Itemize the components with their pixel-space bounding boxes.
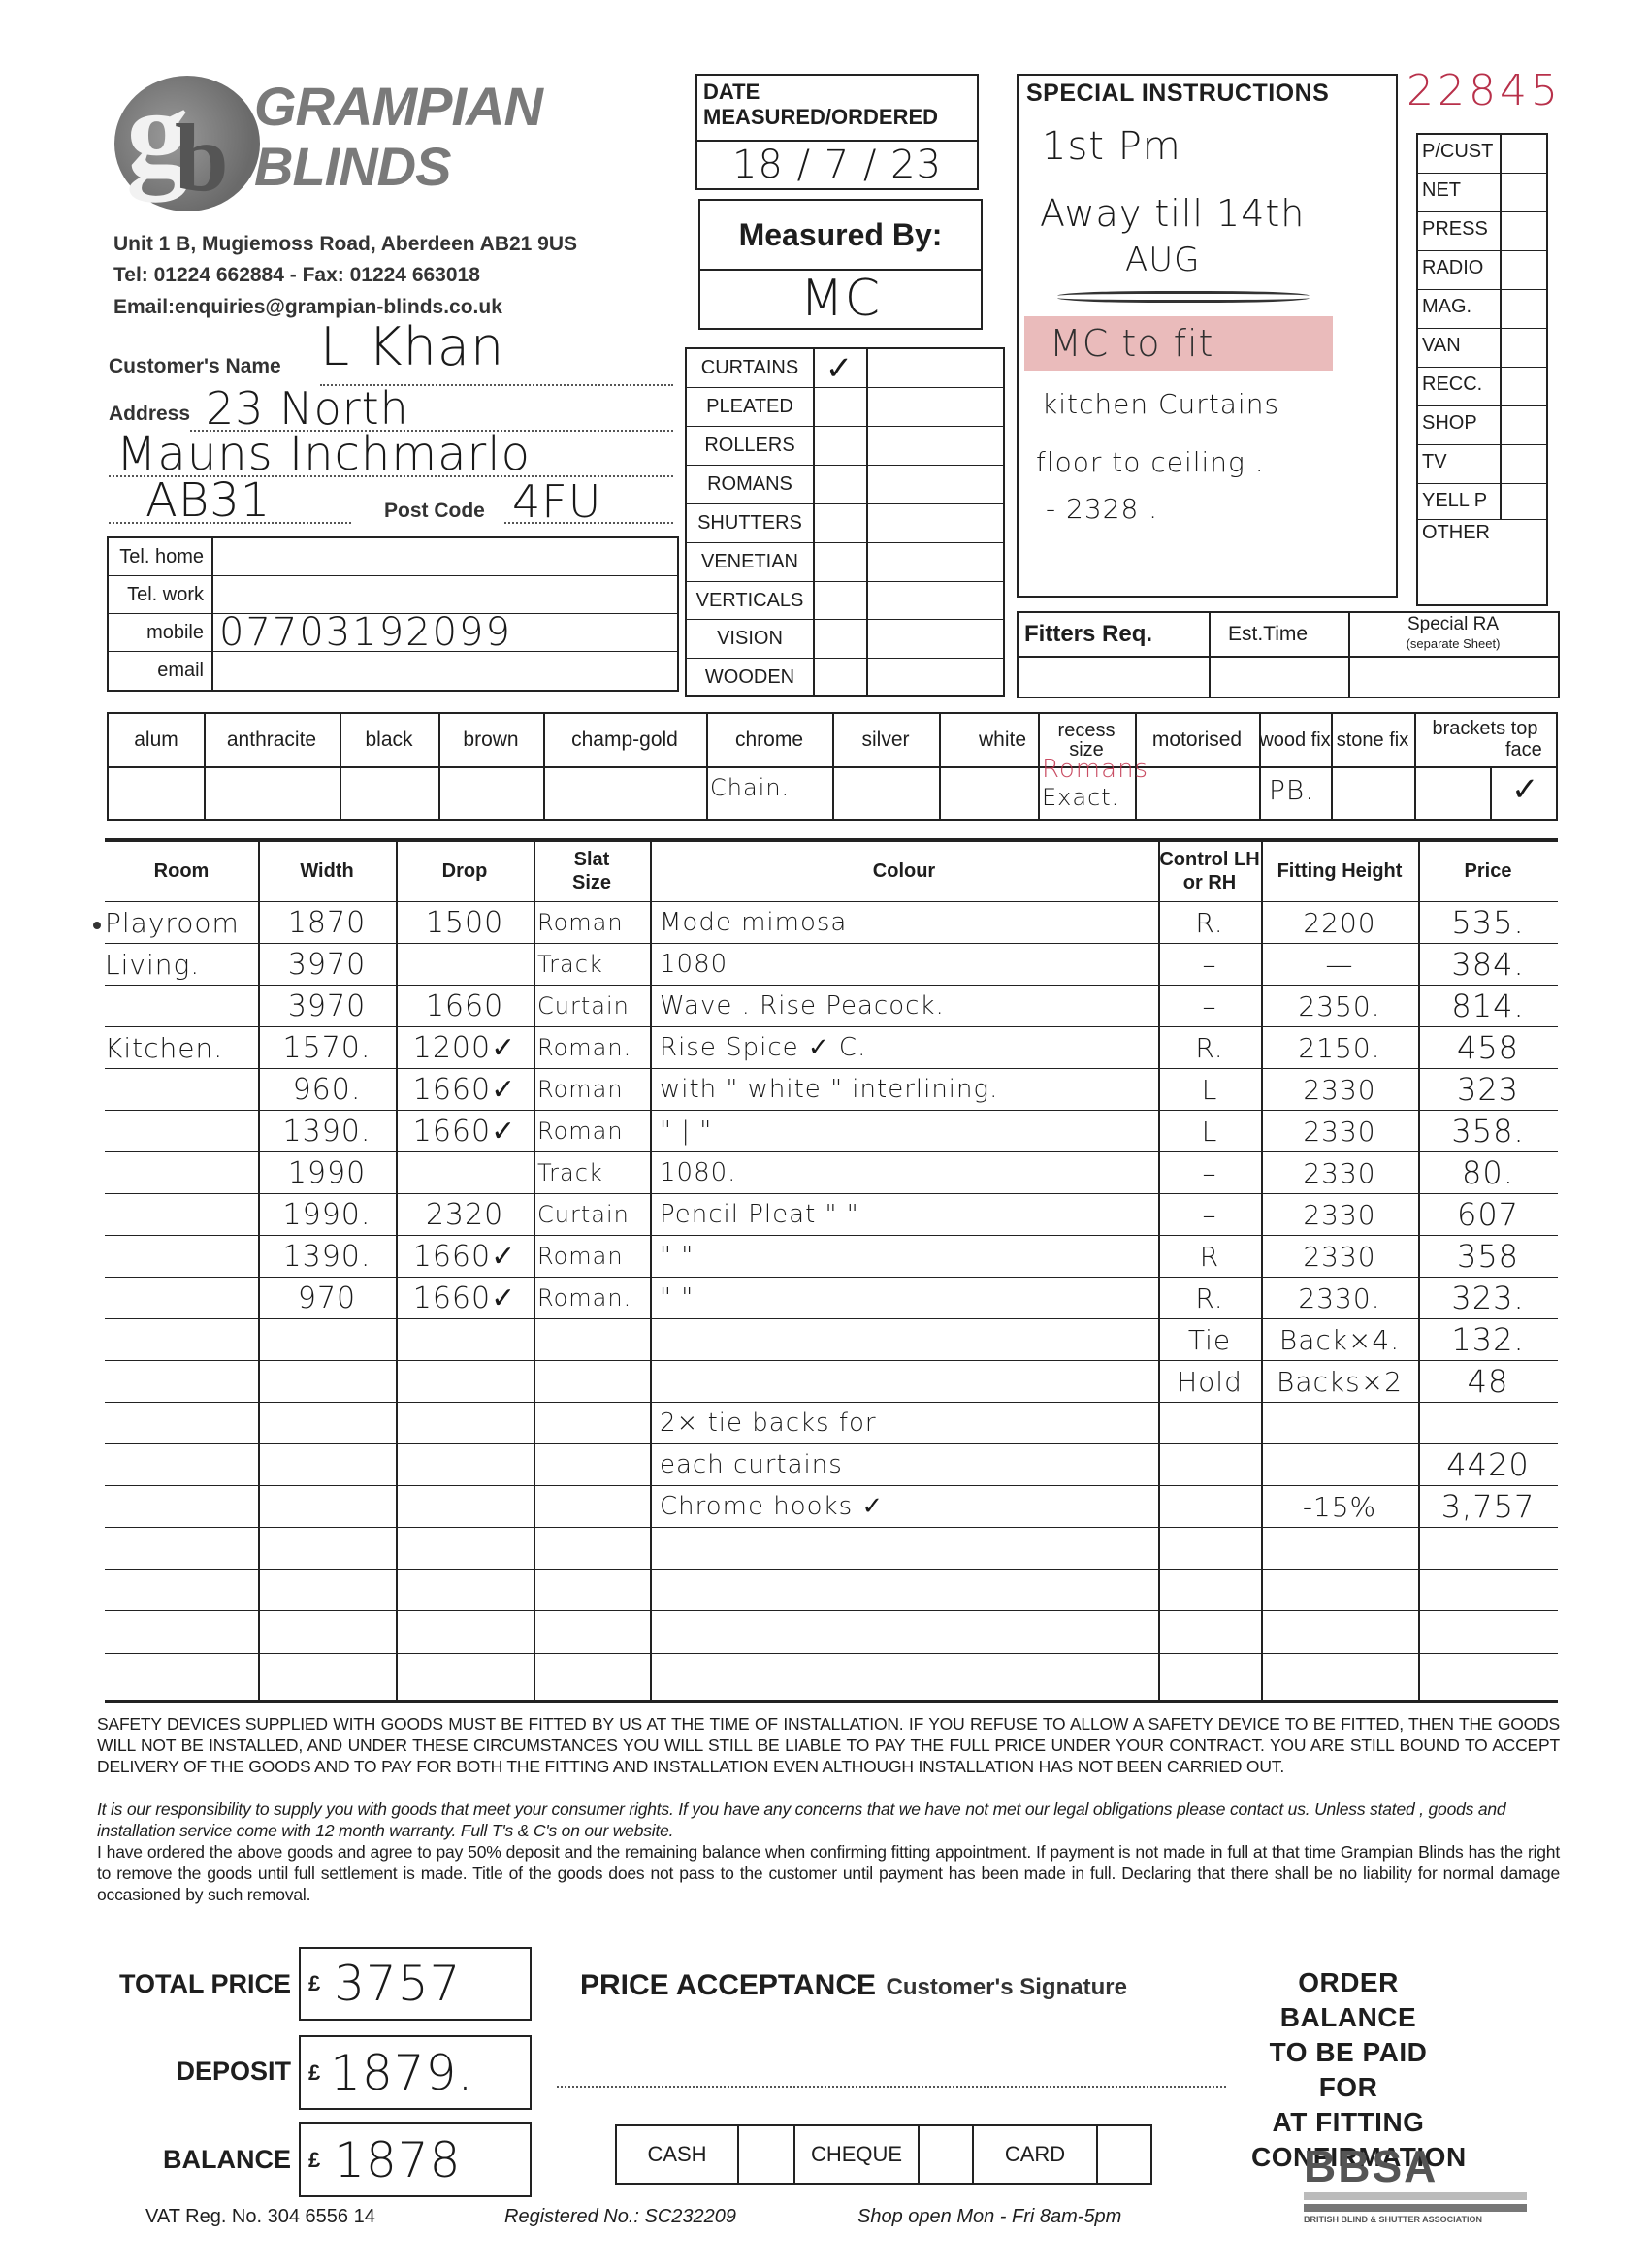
customer-name-label: Customer's Name: [109, 355, 281, 378]
address-label: Address: [109, 403, 190, 426]
deposit-value[interactable]: 1879.: [330, 2045, 473, 2101]
logo-letter-b: b: [175, 102, 229, 213]
contact-table: Tel. home Tel. work mobile 07703192099 e…: [107, 536, 679, 692]
company-name-line2: BLINDS: [254, 140, 450, 194]
type-wooden[interactable]: WOODEN: [687, 666, 813, 689]
cell-drop[interactable]: [396, 944, 533, 985]
cell-colour[interactable]: [650, 1361, 1158, 1402]
cell-width[interactable]: [258, 1486, 396, 1527]
cell-fitting[interactable]: [1261, 1528, 1418, 1569]
cell-fitting[interactable]: 2200: [1261, 902, 1418, 943]
vat-number: VAT Reg. No. 304 6556 14: [145, 2206, 375, 2228]
cell-fitting[interactable]: 2350.: [1261, 986, 1418, 1026]
check-icon[interactable]: ✓: [813, 349, 866, 388]
cell-colour[interactable]: Pencil Pleat " ": [650, 1194, 1158, 1235]
tel-home-label: Tel. home: [109, 546, 211, 568]
cell-price[interactable]: 4420: [1418, 1444, 1558, 1485]
cell-fitting[interactable]: 2330: [1261, 1194, 1418, 1235]
cell-room[interactable]: [105, 1069, 258, 1110]
cell-control[interactable]: R.: [1158, 902, 1261, 943]
table-bottom-rule: [105, 1700, 1558, 1703]
table-row[interactable]: 1990 Track 1080. – 2330 80.: [105, 1152, 1558, 1194]
bracket-face-check-icon[interactable]: ✓: [1511, 770, 1540, 809]
chrome-value[interactable]: Chain.: [710, 774, 790, 801]
cell-colour[interactable]: [650, 1319, 1158, 1360]
col-control: Control LH or RH: [1158, 840, 1261, 901]
cell-price[interactable]: 607: [1418, 1194, 1558, 1235]
cell-fitting[interactable]: [1261, 1611, 1418, 1653]
instruction-line-7: - 2328 .: [1046, 493, 1158, 525]
table-row[interactable]: 1390. 1660✓ Roman " " R 2330 358: [105, 1236, 1558, 1278]
company-phone-fax: Tel: 01224 662884 - Fax: 01224 663018: [113, 264, 480, 287]
cell-price[interactable]: 323: [1418, 1069, 1558, 1110]
cell-drop[interactable]: 1660✓: [396, 1236, 533, 1277]
cell-room[interactable]: [105, 1319, 258, 1360]
order-balance-line-2: TO BE PAID FOR: [1251, 2035, 1445, 2105]
cell-price[interactable]: 535.: [1418, 902, 1558, 943]
cell-fitting[interactable]: 2330: [1261, 1236, 1418, 1277]
legal-rights: It is our responsibility to supply you w…: [97, 1798, 1560, 1841]
table-row[interactable]: Tie Back×4. 132.: [105, 1319, 1558, 1361]
cell-fitting[interactable]: 2330.: [1261, 1278, 1418, 1318]
shop-hours: Shop open Mon - Fri 8am-5pm: [857, 2206, 1121, 2228]
mobile-value[interactable]: 07703192099: [211, 610, 512, 655]
type-verticals[interactable]: VERTICALS: [687, 590, 813, 612]
special-instructions-label: SPECIAL INSTRUCTIONS: [1018, 76, 1396, 112]
source-pcust[interactable]: P/CUST: [1418, 135, 1546, 174]
address-line3-value[interactable]: AB31: [145, 473, 271, 528]
cell-control[interactable]: L: [1158, 1111, 1261, 1151]
cell-room[interactable]: [105, 1486, 258, 1527]
opt-silver: silver: [832, 714, 939, 766]
cell-fitting[interactable]: —: [1261, 944, 1418, 985]
cell-colour[interactable]: 1080.: [650, 1152, 1158, 1193]
date-label-line1: DATE: [703, 80, 971, 105]
opt-champ-gold: champ-gold: [543, 714, 706, 766]
cell-slat[interactable]: [533, 1361, 650, 1402]
cell-colour[interactable]: with " white " interlining.: [650, 1069, 1158, 1110]
order-balance-line-3: AT FITTING: [1251, 2105, 1445, 2140]
opt-black: black: [339, 714, 438, 766]
cell-colour[interactable]: " ": [650, 1236, 1158, 1277]
cell-room[interactable]: Living.: [105, 944, 258, 985]
cell-control[interactable]: Hold: [1158, 1361, 1261, 1402]
options-table: alum anthracite black brown champ-gold c…: [107, 712, 1558, 821]
col-slat-size: Slat Size: [533, 840, 650, 901]
legal-safety: SAFETY DEVICES SUPPLIED WITH GOODS MUST …: [97, 1713, 1560, 1777]
balance-label: BALANCE: [97, 2145, 291, 2175]
type-rollers[interactable]: ROLLERS: [687, 435, 813, 457]
cell-slat[interactable]: [533, 1403, 650, 1443]
cell-room[interactable]: [105, 1403, 258, 1443]
payment-cash-checkbox[interactable]: [739, 2126, 793, 2183]
cell-drop[interactable]: [396, 1611, 533, 1653]
cell-drop[interactable]: 1660✓: [396, 1278, 533, 1318]
opt-brackets-top: brackets top: [1414, 718, 1556, 739]
special-instructions-box[interactable]: SPECIAL INSTRUCTIONS 1st Pm Away till 14…: [1017, 74, 1398, 598]
balance-box[interactable]: £ 1878: [299, 2122, 532, 2197]
cell-drop[interactable]: 1200✓: [396, 1027, 533, 1068]
currency-symbol: £: [308, 1971, 320, 1996]
table-row[interactable]: 960. 1660✓ Roman with " white " interlin…: [105, 1069, 1558, 1111]
instruction-line-4-highlighted: MC to fit: [1024, 316, 1333, 371]
cell-control[interactable]: [1158, 1486, 1261, 1527]
bbsa-logo: BBSA BRITISH BLIND & SHUTTER ASSOCIATION: [1304, 2144, 1527, 2224]
col-fitting-height: Fitting Height: [1261, 840, 1418, 901]
source-shop[interactable]: SHOP: [1418, 406, 1546, 445]
cell-width[interactable]: 3970: [258, 944, 396, 985]
cell-slat[interactable]: Roman.: [533, 1278, 650, 1318]
opt-wood-fix: wood fix: [1259, 714, 1331, 766]
postcode-value[interactable]: 4FU: [512, 475, 601, 528]
cell-drop[interactable]: 1500: [396, 902, 533, 943]
type-vision[interactable]: VISION: [687, 628, 813, 650]
cell-drop[interactable]: [396, 1528, 533, 1569]
order-number: 22845: [1406, 66, 1562, 115]
table-row[interactable]: 3970 1660 Curtain Wave . Rise Peacock. –…: [105, 986, 1558, 1027]
cell-colour[interactable]: Wave . Rise Peacock.: [650, 986, 1158, 1026]
cell-price[interactable]: [1418, 1570, 1558, 1610]
registered-number: Registered No.: SC232209: [504, 2206, 736, 2228]
cell-control[interactable]: R.: [1158, 1278, 1261, 1318]
cell-drop[interactable]: [396, 1486, 533, 1527]
cell-fitting[interactable]: Back×4.: [1261, 1319, 1418, 1360]
cell-slat[interactable]: [533, 1570, 650, 1610]
tel-work-label: Tel. work: [109, 584, 211, 606]
cell-drop[interactable]: [396, 1152, 533, 1193]
cell-drop[interactable]: 1660✓: [396, 1111, 533, 1151]
fitters-box: Fitters Req. Est.Time Special RA (separa…: [1017, 611, 1560, 698]
cell-price[interactable]: 3,757: [1418, 1486, 1558, 1527]
instruction-line-5: kitchen Curtains: [1042, 388, 1279, 420]
col-price: Price: [1418, 840, 1558, 901]
source-tv[interactable]: TV: [1418, 445, 1546, 484]
postcode-label: Post Code: [384, 500, 485, 523]
cell-width[interactable]: [258, 1444, 396, 1485]
cell-room[interactable]: [105, 1278, 258, 1318]
source-mag[interactable]: MAG.: [1418, 290, 1546, 329]
table-row[interactable]: 1990. 2320 Curtain Pencil Pleat " " – 23…: [105, 1194, 1558, 1236]
cell-drop[interactable]: [396, 1444, 533, 1485]
signature-line[interactable]: [557, 2086, 1226, 2088]
opt-stone-fix: stone fix: [1331, 714, 1414, 766]
cell-slat[interactable]: Roman: [533, 1069, 650, 1110]
date-label-line2: MEASURED/ORDERED: [703, 105, 971, 130]
cell-price[interactable]: 384.: [1418, 944, 1558, 985]
mobile-label: mobile: [109, 622, 211, 644]
cell-room[interactable]: [105, 1152, 258, 1193]
cell-fitting[interactable]: [1261, 1403, 1418, 1443]
table-header-row: Room Width Drop Slat Size Colour Control…: [105, 840, 1558, 902]
cell-room[interactable]: [105, 1444, 258, 1485]
cell-price[interactable]: 80.: [1418, 1152, 1558, 1193]
cell-control[interactable]: –: [1158, 944, 1261, 985]
type-pleated[interactable]: PLEATED: [687, 396, 813, 418]
legal-agreement: I have ordered the above goods and agree…: [97, 1841, 1560, 1905]
source-press[interactable]: PRESS: [1418, 212, 1546, 251]
cell-fitting[interactable]: [1261, 1570, 1418, 1610]
cell-slat[interactable]: Roman.: [533, 1027, 650, 1068]
table-row[interactable]: Living. 3970 Track 1080 – — 384.: [105, 944, 1558, 986]
recess-annotation: Romans: [1042, 755, 1148, 784]
company-address: Unit 1 B, Mugiemoss Road, Aberdeen AB21 …: [113, 233, 577, 256]
fitters-req-label: Fitters Req.: [1024, 621, 1152, 648]
cell-room[interactable]: [105, 1236, 258, 1277]
product-type-checklist: CURTAINS✓ PLEATED ROLLERS ROMANS SHUTTER…: [685, 347, 1005, 697]
payment-cash: CASH: [617, 2126, 737, 2183]
cell-width[interactable]: 960.: [258, 1069, 396, 1110]
bbsa-tagline: BRITISH BLIND & SHUTTER ASSOCIATION: [1304, 2215, 1527, 2224]
cell-room[interactable]: Kitchen.: [105, 1027, 258, 1068]
table-row[interactable]: [105, 1570, 1558, 1611]
table-row[interactable]: Hold Backs×2 48: [105, 1361, 1558, 1403]
cell-colour[interactable]: 2× tie backs for: [650, 1403, 1158, 1443]
deposit-label: DEPOSIT: [97, 2057, 291, 2087]
cell-price[interactable]: 323.: [1418, 1278, 1558, 1318]
cell-width[interactable]: 970: [258, 1278, 396, 1318]
cell-control[interactable]: [1158, 1570, 1261, 1610]
cell-slat[interactable]: Track: [533, 1152, 650, 1193]
recess-value[interactable]: Exact.: [1042, 784, 1119, 811]
source-radio[interactable]: RADIO: [1418, 251, 1546, 290]
payment-card: CARD: [974, 2126, 1096, 2183]
fitters-req-input[interactable]: [1020, 658, 1209, 697]
date-value[interactable]: 18 / 7 / 23: [697, 142, 977, 188]
opt-white: white: [939, 714, 1038, 766]
opt-brown: brown: [438, 714, 543, 766]
cell-fitting[interactable]: [1261, 1444, 1418, 1485]
table-row[interactable]: Chrome hooks ✓ -15% 3,757: [105, 1486, 1558, 1528]
cell-control[interactable]: R.: [1158, 1027, 1261, 1068]
instruction-line-3: AUG: [1125, 241, 1201, 279]
cell-drop[interactable]: 2320: [396, 1194, 533, 1235]
table-row[interactable]: [105, 1611, 1558, 1654]
cell-price[interactable]: [1418, 1403, 1558, 1443]
cell-colour[interactable]: [650, 1570, 1158, 1610]
cell-drop[interactable]: [396, 1361, 533, 1402]
cell-colour[interactable]: [650, 1528, 1158, 1569]
special-ra-input[interactable]: [1350, 658, 1558, 697]
order-balance-line-1: ORDER BALANCE: [1251, 1965, 1445, 2035]
cell-width[interactable]: 1570.: [258, 1027, 396, 1068]
cell-slat[interactable]: [533, 1319, 650, 1360]
cell-fitting[interactable]: Backs×2: [1261, 1361, 1418, 1402]
deposit-box[interactable]: £ 1879.: [299, 2035, 532, 2110]
est-time-input[interactable]: [1211, 658, 1348, 697]
cell-slat[interactable]: Track: [533, 944, 650, 985]
cell-price[interactable]: [1418, 1528, 1558, 1569]
cell-width[interactable]: 1870: [258, 902, 396, 943]
table-row[interactable]: 1390. 1660✓ Roman " | " L 2330 358.: [105, 1111, 1558, 1152]
cell-slat[interactable]: [533, 1611, 650, 1653]
instruction-line-2: Away till 14th: [1040, 192, 1305, 235]
cell-colour[interactable]: " ": [650, 1278, 1158, 1318]
table-row[interactable]: each curtains 4420: [105, 1444, 1558, 1486]
cell-slat[interactable]: [533, 1486, 650, 1527]
cell-room[interactable]: [105, 986, 258, 1026]
wood-fix-value[interactable]: PB.: [1269, 774, 1314, 806]
table-row[interactable]: Playroom 1870 1500 Roman Mode mimosa R. …: [105, 902, 1558, 944]
type-shutters[interactable]: SHUTTERS: [687, 512, 813, 535]
cell-slat[interactable]: Roman: [533, 1111, 650, 1151]
source-net[interactable]: NET: [1418, 174, 1546, 212]
cell-fitting[interactable]: 2330: [1261, 1152, 1418, 1193]
source-other[interactable]: OTHER: [1418, 520, 1546, 559]
table-row[interactable]: Kitchen. 1570. 1200✓ Roman. Rise Spice ✓…: [105, 1027, 1558, 1069]
col-drop: Drop: [396, 840, 533, 901]
email-label: email: [109, 660, 211, 682]
total-price-value[interactable]: 3757: [334, 1956, 461, 2012]
cell-width[interactable]: [258, 1361, 396, 1402]
source-list: P/CUST NET PRESS RADIO MAG. VAN RECC. SH…: [1416, 133, 1548, 606]
cell-width[interactable]: [258, 1528, 396, 1569]
cell-width[interactable]: [258, 1570, 396, 1610]
cell-room[interactable]: [105, 1111, 258, 1151]
opt-brackets-face: face: [1505, 739, 1542, 761]
price-acceptance-title: PRICE ACCEPTANCE: [580, 1969, 876, 2001]
special-ra-label: Special RA: [1348, 615, 1558, 634]
cell-price[interactable]: 358.: [1418, 1111, 1558, 1151]
cell-drop[interactable]: 1660: [396, 986, 533, 1026]
total-price-label: TOTAL PRICE: [97, 1969, 291, 1999]
cell-control[interactable]: [1158, 1528, 1261, 1569]
measured-by-value[interactable]: MC: [700, 271, 981, 327]
cell-price[interactable]: 458: [1418, 1027, 1558, 1068]
cell-control[interactable]: –: [1158, 986, 1261, 1026]
cell-slat[interactable]: Roman: [533, 902, 650, 943]
col-room: Room: [105, 840, 258, 901]
cell-room[interactable]: [105, 1528, 258, 1569]
cell-colour[interactable]: [650, 1611, 1158, 1653]
cell-room[interactable]: [105, 1570, 258, 1610]
cell-control[interactable]: –: [1158, 1152, 1261, 1193]
opt-alum: alum: [109, 714, 204, 766]
cell-room[interactable]: [105, 1194, 258, 1235]
cell-price[interactable]: 814.: [1418, 986, 1558, 1026]
cell-control[interactable]: Tie: [1158, 1319, 1261, 1360]
cell-fitting[interactable]: 2150.: [1261, 1027, 1418, 1068]
cell-control[interactable]: L: [1158, 1069, 1261, 1110]
cell-control[interactable]: [1158, 1444, 1261, 1485]
cell-slat[interactable]: Curtain: [533, 1194, 650, 1235]
cell-fitting[interactable]: 2330: [1261, 1111, 1418, 1151]
table-row[interactable]: 2× tie backs for: [105, 1403, 1558, 1444]
cell-slat[interactable]: [533, 1528, 650, 1569]
cell-drop[interactable]: [396, 1403, 533, 1443]
type-romans[interactable]: ROMANS: [687, 473, 813, 496]
balance-value[interactable]: 1878: [334, 2132, 461, 2188]
measured-by-box: Measured By: MC: [698, 199, 983, 330]
cell-drop[interactable]: [396, 1570, 533, 1610]
cell-width[interactable]: 3970: [258, 986, 396, 1026]
cell-room[interactable]: [105, 1361, 258, 1402]
total-price-box[interactable]: £ 3757: [299, 1947, 532, 2021]
cell-colour[interactable]: each curtains: [650, 1444, 1158, 1485]
cell-fitting[interactable]: -15%: [1261, 1486, 1418, 1527]
cell-control[interactable]: [1158, 1403, 1261, 1443]
cell-width[interactable]: 1390.: [258, 1111, 396, 1151]
source-yellp[interactable]: YELL P: [1418, 484, 1546, 520]
est-time-label: Est.Time: [1228, 623, 1308, 646]
cell-price[interactable]: 358: [1418, 1236, 1558, 1277]
cell-price[interactable]: 48: [1418, 1361, 1558, 1402]
cell-colour[interactable]: Rise Spice ✓ C.: [650, 1027, 1158, 1068]
cell-colour[interactable]: Chrome hooks ✓: [650, 1486, 1158, 1527]
type-venetian[interactable]: VENETIAN: [687, 551, 813, 573]
opt-anthracite: anthracite: [204, 714, 339, 766]
customer-name-value[interactable]: L Khan: [320, 316, 504, 377]
currency-symbol: £: [308, 2148, 320, 2173]
bbsa-logo-text: BBSA: [1304, 2144, 1527, 2188]
cell-drop[interactable]: 1660✓: [396, 1069, 533, 1110]
cell-slat[interactable]: Roman: [533, 1236, 650, 1277]
cell-control[interactable]: –: [1158, 1194, 1261, 1235]
cell-room[interactable]: [105, 1611, 258, 1653]
price-acceptance: PRICE ACCEPTANCE Customer's Signature: [580, 1969, 1127, 2002]
payment-card-checkbox[interactable]: [1098, 2126, 1150, 2183]
source-recc[interactable]: RECC.: [1418, 368, 1546, 406]
payment-cheque-checkbox[interactable]: [920, 2126, 972, 2183]
cell-colour[interactable]: " | ": [650, 1111, 1158, 1151]
measured-by-label: Measured By:: [700, 201, 981, 271]
cell-width[interactable]: 1990.: [258, 1194, 396, 1235]
cell-width[interactable]: [258, 1403, 396, 1443]
cell-colour[interactable]: 1080: [650, 944, 1158, 985]
company-name-line1: GRAMPIAN: [254, 80, 542, 134]
table-row[interactable]: [105, 1528, 1558, 1570]
cell-width[interactable]: 1990: [258, 1152, 396, 1193]
cell-fitting[interactable]: 2330: [1261, 1069, 1418, 1110]
table-row[interactable]: 970 1660✓ Roman. " " R. 2330. 323.: [105, 1278, 1558, 1319]
cell-control[interactable]: R: [1158, 1236, 1261, 1277]
col-colour: Colour: [650, 840, 1158, 901]
instruction-line-1: 1st Pm: [1042, 124, 1181, 169]
cell-drop[interactable]: [396, 1319, 533, 1360]
cell-width[interactable]: [258, 1611, 396, 1653]
price-acceptance-subtitle: Customer's Signature: [886, 1974, 1126, 2000]
opt-chrome: chrome: [706, 714, 832, 766]
cell-slat[interactable]: Curtain: [533, 986, 650, 1026]
instruction-line-6: floor to ceiling .: [1036, 446, 1265, 478]
payment-cheque: CHEQUE: [795, 2126, 918, 2183]
cell-price[interactable]: [1418, 1611, 1558, 1653]
cell-width[interactable]: [258, 1319, 396, 1360]
scribble-strikeout: [1057, 291, 1309, 303]
cell-slat[interactable]: [533, 1444, 650, 1485]
date-box: DATE MEASURED/ORDERED 18 / 7 / 23: [695, 74, 979, 190]
type-curtains[interactable]: CURTAINS: [687, 357, 813, 379]
cell-room[interactable]: Playroom: [105, 902, 258, 943]
cell-colour[interactable]: Mode mimosa: [650, 902, 1158, 943]
source-van[interactable]: VAN: [1418, 329, 1546, 368]
opt-motorised: motorised: [1135, 714, 1259, 766]
col-width: Width: [258, 840, 396, 901]
special-ra-sub: (separate Sheet): [1348, 634, 1558, 654]
currency-symbol: £: [308, 2060, 320, 2086]
cell-price[interactable]: 132.: [1418, 1319, 1558, 1360]
cell-control[interactable]: [1158, 1611, 1261, 1653]
cell-width[interactable]: 1390.: [258, 1236, 396, 1277]
bullet-dot: [93, 922, 101, 929]
payment-methods: CASH CHEQUE CARD: [615, 2124, 1152, 2185]
